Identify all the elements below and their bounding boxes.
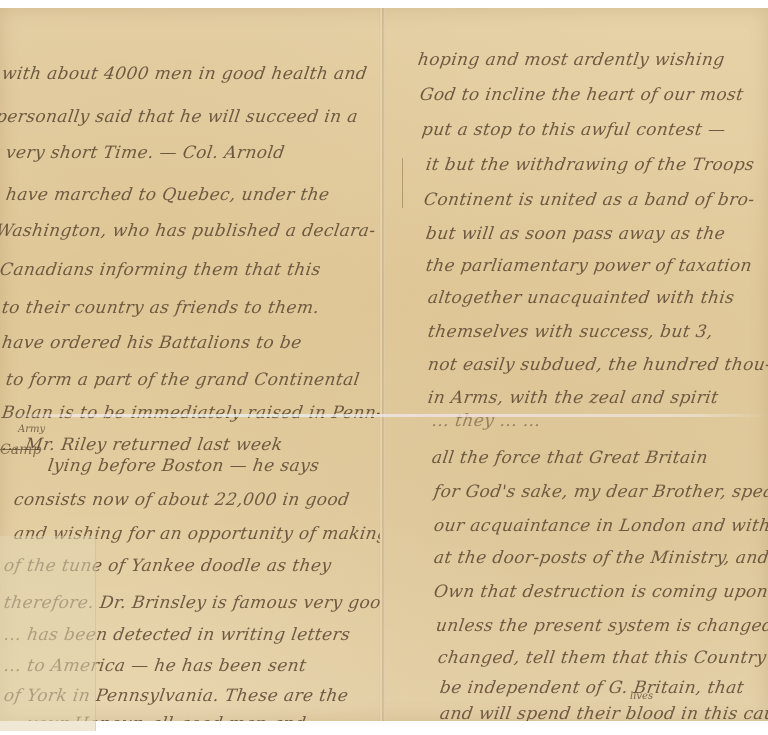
left-line-4: have marched to Quebec, under the (5, 185, 331, 205)
left-line-5: Washington, who has published a declara- (0, 221, 377, 241)
right-line-9: themselves with success, but 3, (427, 322, 715, 342)
right-line-3: put a stop to this awful contest — (421, 120, 727, 140)
margin-rule (402, 158, 403, 208)
left-line-9: to form a part of the grand Continental (5, 370, 361, 390)
right-interlinear-note: lives (630, 691, 653, 702)
left-line-13: consists now of about 22,000 in good (13, 490, 351, 510)
left-interlinear-note: Army (18, 424, 45, 435)
document-viewer: with about 4000 men in good health and p… (0, 0, 768, 735)
right-page: hoping and most ardently wishing God to … (384, 8, 768, 721)
right-line-21: and will spend their blood in this cause (439, 704, 768, 721)
right-line-19: changed, tell them that this Country (437, 648, 768, 668)
right-line-20: be independent of G. Britain, that (439, 678, 746, 698)
paper-repair-patch (0, 536, 96, 731)
right-line-1: hoping and most ardently wishing (417, 50, 726, 70)
left-line-8: have ordered his Battalions to be (1, 333, 303, 353)
horizontal-fold-crease (0, 414, 768, 417)
right-line-15: our acquaintance in London and with (433, 516, 768, 536)
right-line-4: it but the withdrawing of the Troops (425, 155, 756, 175)
left-line-12: lying before Boston — he says (47, 456, 321, 476)
right-line-18: unless the present system is changed (435, 616, 768, 636)
right-line-10: not easily subdued, the hundred thou- (427, 355, 768, 375)
left-struck-word: Camp (0, 442, 41, 458)
left-line-7: to their country as friends to them. (1, 298, 321, 318)
left-line-1: with about 4000 men in good health and (1, 64, 369, 84)
left-line-6: Canadians informing them that this (0, 260, 322, 280)
left-line-2: personally said that he will succeed in … (0, 107, 359, 127)
right-line-17: Own that destruction is coming upon (433, 582, 768, 602)
right-line-16: at the door-posts of the Ministry, and (433, 548, 768, 568)
right-line-8: altogether unacquainted with this (427, 288, 736, 308)
left-line-11: ... Mr. Riley returned last week (1, 435, 284, 455)
right-line-5: Continent is united as a band of bro- (423, 190, 756, 210)
right-line-7: the parliamentary power of taxation (425, 256, 754, 276)
letter-sheet: with about 4000 men in good health and p… (0, 8, 768, 721)
right-line-11: in Arms, with the zeal and spirit (427, 388, 720, 408)
vertical-fold-crease (379, 8, 385, 721)
right-line-6: but will as soon pass away as the (425, 224, 727, 244)
right-line-14: for God's sake, my dear Brother, speak (433, 482, 768, 502)
left-line-3: very short Time. — Col. Arnold (5, 143, 286, 163)
right-line-13: all the force that Great Britain (431, 448, 710, 468)
left-line-10: Bolan is to be immediately raised in Pen… (1, 403, 380, 423)
right-line-2: God to incline the heart of our most (419, 85, 745, 105)
